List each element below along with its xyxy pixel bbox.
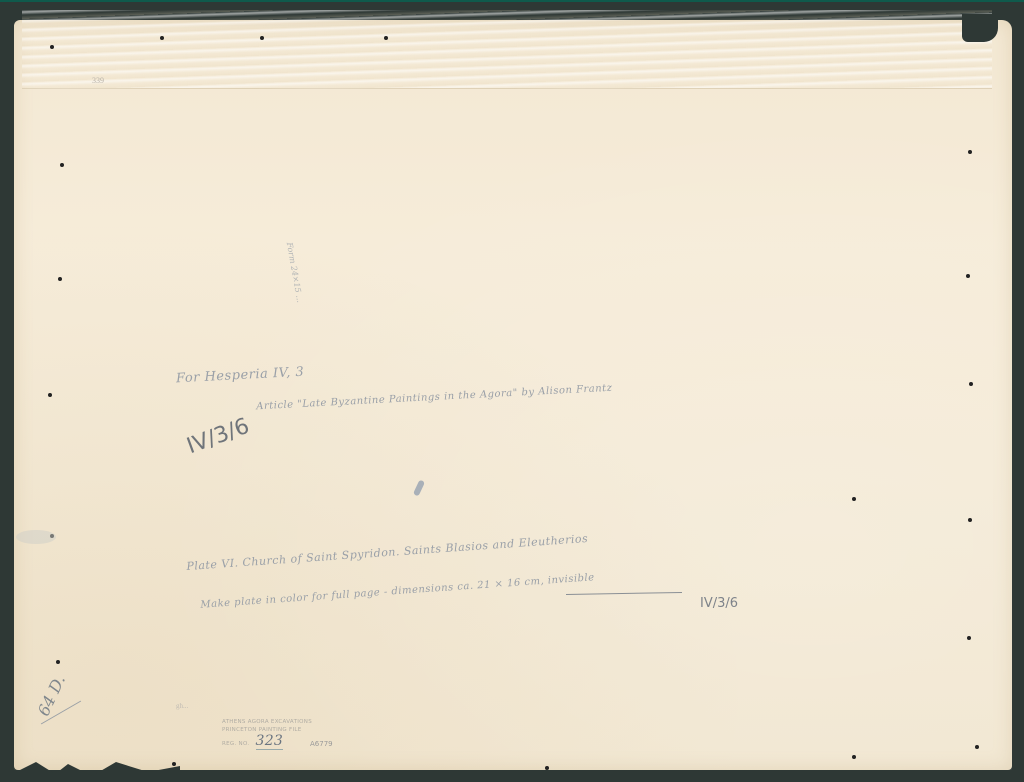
scan-edge [0, 0, 1024, 2]
pin-hole [172, 762, 176, 766]
pin-hole [50, 45, 54, 49]
stamp-line-1: ATHENS AGORA EXCAVATIONS [222, 718, 312, 726]
faint-note: gh... [176, 702, 188, 710]
pin-hole [260, 36, 264, 40]
pin-hole [384, 36, 388, 40]
pin-hole [60, 163, 64, 167]
reg-label: REG. NO. [222, 741, 249, 747]
torn-corner [962, 14, 998, 42]
pin-hole [852, 755, 856, 759]
pin-hole [56, 660, 60, 664]
cellophane-tape [22, 10, 992, 89]
pin-hole [160, 36, 164, 40]
pin-hole [968, 518, 972, 522]
reference-small: IV/3/6 [700, 596, 738, 611]
stain [16, 530, 56, 544]
pin-hole [852, 497, 856, 501]
pin-hole [968, 150, 972, 154]
pin-hole [969, 382, 973, 386]
pin-hole [975, 745, 979, 749]
pin-hole [48, 393, 52, 397]
top-pencil-number: 339 [92, 76, 104, 85]
archive-stamp: ATHENS AGORA EXCAVATIONS PRINCETON PAINT… [222, 718, 312, 748]
pin-hole [545, 766, 549, 770]
catalog-number: A6779 [310, 740, 333, 748]
pin-hole [966, 274, 970, 278]
stamp-reg-row: REG. NO. 323 [222, 737, 312, 748]
reg-number: 323 [256, 733, 284, 750]
pin-hole [58, 277, 62, 281]
pin-hole [967, 636, 971, 640]
